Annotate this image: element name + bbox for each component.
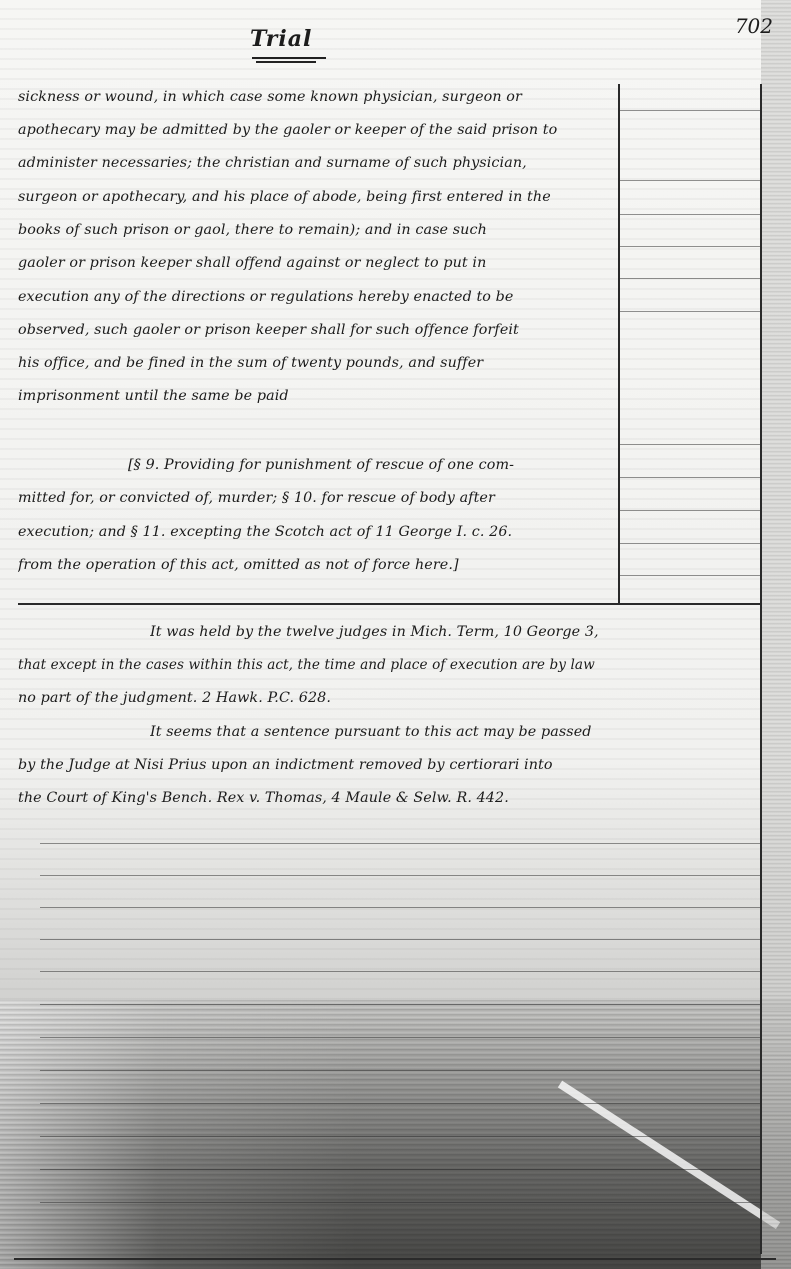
text-line: no part of the judgment. 2 Hawk. P.C. 62…	[18, 688, 778, 708]
text-line: apothecary may be admitted by the gaoler…	[18, 120, 616, 140]
text-line: execution; and § 11. excepting the Scotc…	[18, 522, 616, 542]
page-number: 702	[735, 14, 773, 38]
ruled-line	[40, 1169, 760, 1170]
text-line: sickness or wound, in which case some kn…	[18, 87, 616, 107]
column-cell-rule	[620, 180, 760, 181]
text-line: imprisonment until the same be paid	[18, 386, 616, 406]
column-cell-rule	[620, 575, 760, 576]
column-cell-rule	[620, 278, 760, 279]
ruled-line	[40, 1103, 760, 1104]
ruled-line	[40, 971, 760, 972]
column-cell-rule	[620, 110, 760, 111]
text-line: It was held by the twelve judges in Mich…	[150, 622, 760, 642]
text-line: execution any of the directions or regul…	[18, 287, 616, 307]
ruled-line	[40, 1136, 760, 1137]
text-line: gaoler or prison keeper shall offend aga…	[18, 253, 616, 273]
column-cell-rule	[620, 477, 760, 478]
ruled-line	[40, 1202, 760, 1203]
text-line: It seems that a sentence pursuant to thi…	[150, 722, 760, 742]
column-cell-rule	[620, 543, 760, 544]
text-line: his office, and be fined in the sum of t…	[18, 353, 616, 373]
title-underline	[256, 61, 316, 63]
text-line: administer necessaries; the christian an…	[18, 153, 616, 173]
section-divider	[18, 603, 760, 605]
page-title: Trial	[250, 26, 312, 52]
column-cell-rule	[620, 510, 760, 511]
column-cell-rule	[620, 246, 760, 247]
text-line: books of such prison or gaol, there to r…	[18, 220, 616, 240]
title-underline	[252, 57, 326, 59]
column-cell-rule	[620, 444, 760, 445]
ruled-line	[40, 907, 760, 908]
text-line: observed, such gaoler or prison keeper s…	[18, 320, 616, 340]
text-line: that except in the cases within this act…	[18, 655, 778, 675]
manuscript-page: Trial 702 sickness or wound, in which ca…	[0, 0, 791, 1269]
ruled-line	[40, 1070, 760, 1071]
ruled-line	[40, 843, 760, 844]
text-line: [§ 9. Providing for punishment of rescue…	[128, 455, 618, 475]
text-line: mitted for, or convicted of, murder; § 1…	[18, 488, 616, 508]
text-line: from the operation of this act, omitted …	[18, 555, 616, 575]
ruled-line	[40, 1037, 760, 1038]
text-line: surgeon or apothecary, and his place of …	[18, 187, 616, 207]
ruled-line	[40, 875, 760, 876]
ruled-line	[40, 1004, 760, 1005]
column-rule-left	[618, 84, 620, 604]
text-line: by the Judge at Nisi Prius upon an indic…	[18, 755, 778, 775]
ruled-line	[40, 939, 760, 940]
text-line: the Court of King's Bench. Rex v. Thomas…	[18, 788, 778, 808]
column-cell-rule	[620, 311, 760, 312]
column-cell-rule	[620, 214, 760, 215]
bottom-rule	[14, 1258, 776, 1260]
